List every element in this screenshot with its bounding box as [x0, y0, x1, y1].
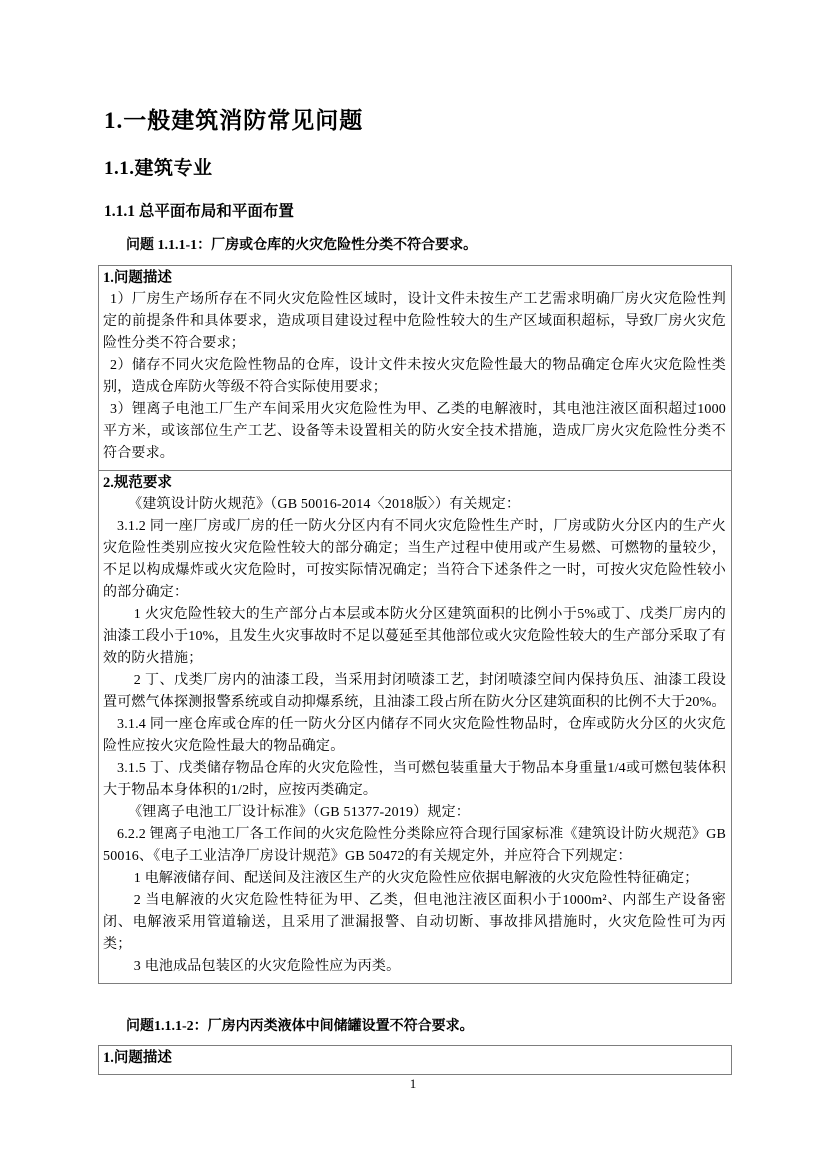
problem-description-item: 2）储存不同火灾危险性物品的仓库，设计文件未按火灾危险性最大的物品确定仓库火灾危… [103, 355, 726, 399]
problem-description-item: 1）厂房生产场所存在不同火灾危险性区域时，设计文件未按生产工艺需求明确厂房火灾危… [103, 289, 726, 355]
problem-description-header: 1.问题描述 [103, 1049, 726, 1068]
problem-description-item: 3）锂离子电池工厂生产车间采用火灾危险性为甲、乙类的电解液时，其电池注液区面积超… [103, 399, 726, 465]
code-clause: 3.1.5 丁、戊类储存物品仓库的火灾危险性，当可燃包装重量大于物品本身重量1/… [103, 758, 726, 802]
problem-1-title: 问题 1.1.1-1：厂房或仓库的火灾危险性分类不符合要求。 [98, 237, 732, 255]
code-subclause: 1 火灾危险性较大的生产部分占本层或本防火分区建筑面积的比例小于5%或丁、戊类厂… [103, 604, 726, 670]
code-clause: 3.1.2 同一座厂房或厂房的任一防火分区内有不同火灾危险性生产时，厂房或防火分… [103, 516, 726, 604]
problem-2-title: 问题1.1.1-2：厂房内丙类液体中间储罐设置不符合要求。 [98, 1018, 732, 1036]
code-subclause: 2 丁、戊类厂房内的油漆工段，当采用封闭喷漆工艺，封闭喷漆空间内保持负压、油漆工… [103, 670, 726, 714]
problem-2-table: 1.问题描述 [98, 1045, 732, 1075]
problem-1-table: 1.问题描述 1）厂房生产场所存在不同火灾危险性区域时，设计文件未按生产工艺需求… [98, 265, 732, 984]
code-subclause: 1 电解液储存间、配送间及注液区生产的火灾危险性应依据电解液的火灾危险性特征确定… [103, 868, 726, 890]
chapter-title: 1.一般建筑消防常见问题 [104, 107, 732, 135]
code-citation: 《建筑设计防火规范》（GB 50016-2014〈2018版〉）有关规定： [103, 494, 726, 516]
code-clause: 6.2.2 锂离子电池工厂各工作间的火灾危险性分类除应符合现行国家标准《建筑设计… [103, 824, 726, 868]
code-subclause: 3 电池成品包装区的火灾危险性应为丙类。 [103, 956, 726, 978]
code-requirements-header: 2.规范要求 [103, 474, 726, 493]
subsection-title: 1.1.1 总平面布局和平面布置 [104, 201, 732, 222]
table-row-code-requirements: 2.规范要求 《建筑设计防火规范》（GB 50016-2014〈2018版〉）有… [99, 471, 732, 984]
code-clause: 3.1.4 同一座仓库或仓库的任一防火分区内储存不同火灾危险性物品时，仓库或防火… [103, 714, 726, 758]
section-title: 1.1.建筑专业 [104, 156, 732, 182]
code-subclause: 2 当电解液的火灾危险性特征为甲、乙类，但电池注液区面积小于1000m²、内部生… [103, 890, 726, 956]
code-citation: 《锂离子电池工厂设计标准》（GB 51377-2019）规定： [103, 802, 726, 824]
page-number: 1 [0, 1076, 826, 1092]
table-row-problem-description: 1.问题描述 1）厂房生产场所存在不同火灾危险性区域时，设计文件未按生产工艺需求… [99, 266, 732, 471]
table-row-problem-description: 1.问题描述 [99, 1046, 732, 1075]
document-page: 1.一般建筑消防常见问题 1.1.建筑专业 1.1.1 总平面布局和平面布置 问… [0, 0, 826, 1168]
problem-description-header: 1.问题描述 [103, 269, 726, 288]
